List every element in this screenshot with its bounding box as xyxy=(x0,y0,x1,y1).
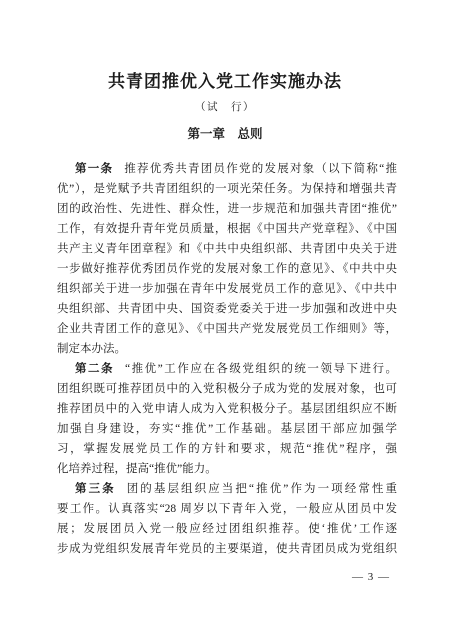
body-line: 加强自身建设，夯实“推优”工作基础。基层团干部应加强学 xyxy=(57,419,397,439)
doc-subtitle: （试 行） xyxy=(0,101,450,114)
doc-body: 第一条推荐优秀共青团员作党的发展对象（以下简称“推 优”），是党赋予共青团组织的… xyxy=(57,159,397,559)
body-line: 团组织既可推荐团员中的入党积极分子成为党的发展对象，也可 xyxy=(57,379,397,399)
body-line-text: “推优”工作应在各级党组织的统一领导下进行。 xyxy=(125,363,397,375)
body-line: 步成为党组织发展青年党员的主要渠道，使共青团员成为党组织 xyxy=(57,539,397,559)
body-line: 推荐团员中的入党申请人成为入党积极分子。基层团组织应不断 xyxy=(57,399,397,419)
body-line: 第二条“推优”工作应在各级党组织的统一领导下进行。 xyxy=(57,359,397,379)
body-line: 第三条团的基层组织应当把“推优”作为一项经常性重 xyxy=(57,479,397,499)
article-number-2: 第二条 xyxy=(75,363,114,375)
body-line-text: 团的基层组织应当把“推优”作为一项经常性重 xyxy=(127,483,397,495)
body-line: 团的政治性、先进性、群众性，进一步规范和加强共青团“推优” xyxy=(57,199,397,219)
body-line: 第一条推荐优秀共青团员作党的发展对象（以下简称“推 xyxy=(57,159,397,179)
document-page: 共青团推优入党工作实施办法 （试 行） 第一章 总则 第一条推荐优秀共青团员作党… xyxy=(0,0,450,636)
chapter-heading: 第一章 总则 xyxy=(0,127,450,141)
body-line: 制定本办法。 xyxy=(57,339,397,359)
body-line: 工作，有效提升青年党员质量，根据《中国共产党章程》、《中国 xyxy=(57,219,397,239)
doc-title: 共青团推优入党工作实施办法 xyxy=(0,0,450,93)
body-line: 共产主义青年团章程》和《中共中央组织部、共青团中央关于进 xyxy=(57,239,397,259)
body-line: 习，掌握发展党员工作的方针和要求，规范“推优”程序，强 xyxy=(57,439,397,459)
body-line: 优”），是党赋予共青团组织的一项光荣任务。为保持和增强共青 xyxy=(57,179,397,199)
body-line: 化培养过程，提高“推优”能力。 xyxy=(57,459,397,479)
page-number: — 3 — xyxy=(352,571,390,583)
body-line: 央组织部、共青团中央、国资委党委关于进一步加强和改进中央 xyxy=(57,299,397,319)
body-line-text: 推荐优秀共青团员作党的发展对象（以下简称“推 xyxy=(124,163,397,175)
body-line: 展；发展团员入党一般应经过团组织推荐。使‘推优’工作逐 xyxy=(57,519,397,539)
body-line: 组织部关于进一步加强在青年中发展党员工作的意见》、《中共中 xyxy=(57,279,397,299)
body-line: 企业共青团工作的意见》、《中国共产党发展党员工作细则》等， xyxy=(57,319,397,339)
article-number-1: 第一条 xyxy=(75,163,113,175)
article-number-3: 第三条 xyxy=(75,483,116,495)
body-line: 一步做好推荐优秀团员作党的发展对象工作的意见》、《中共中央 xyxy=(57,259,397,279)
body-line: 要工作。认真落实“28 周岁以下青年入党，一般应从团员中发 xyxy=(57,499,397,519)
